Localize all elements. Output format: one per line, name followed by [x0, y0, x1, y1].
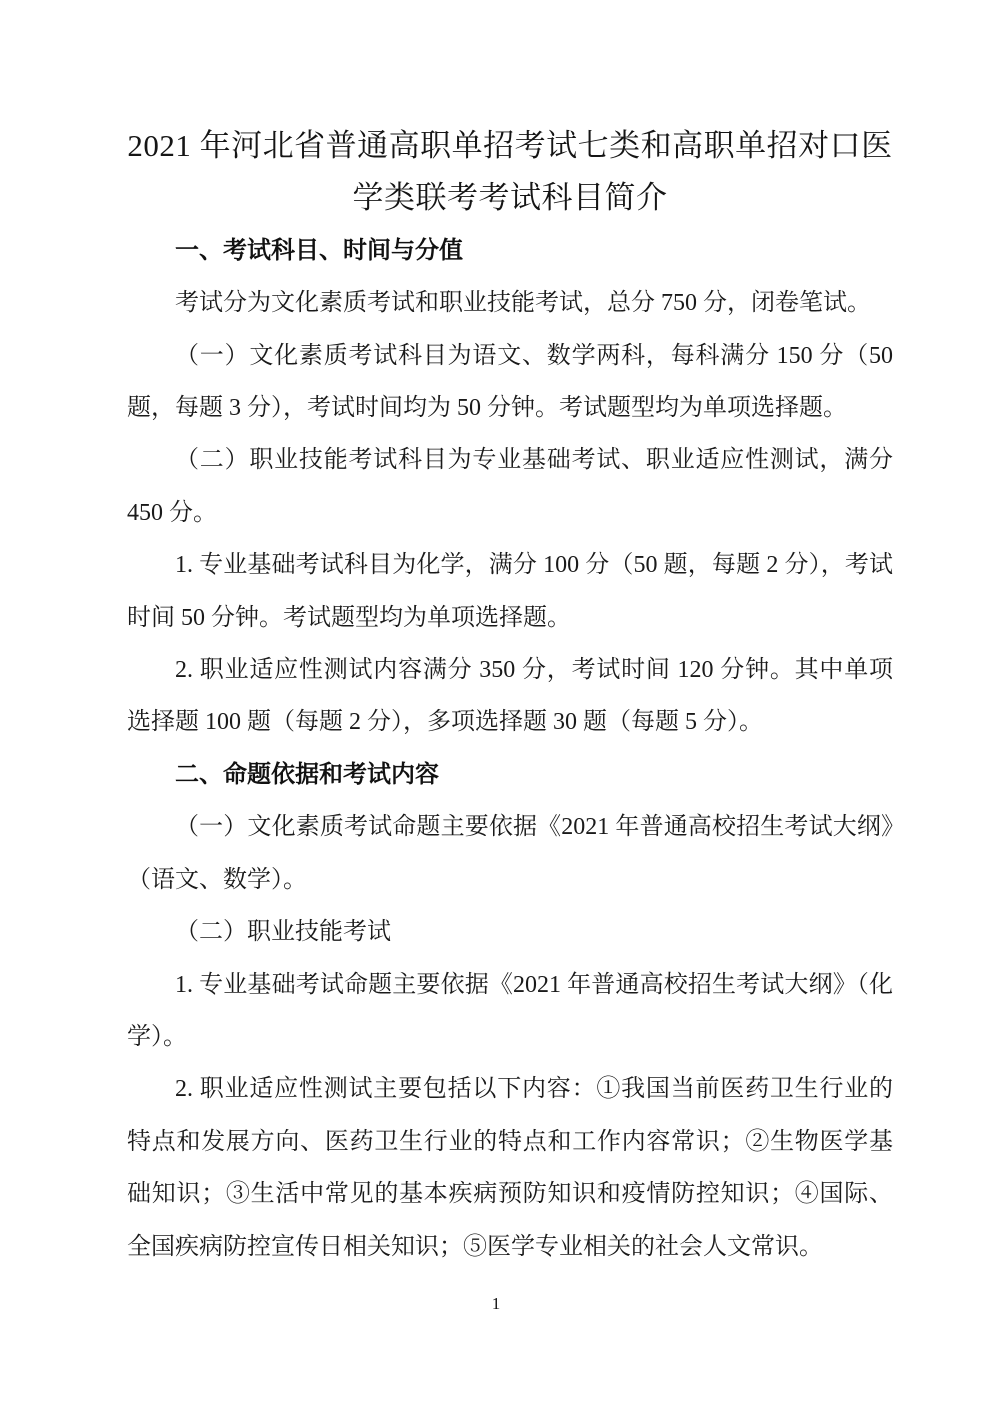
- section-2-heading: 二、命题依据和考试内容: [127, 749, 893, 801]
- section-1-paragraph-5: 2. 职业适应性测试内容满分 350 分，考试时间 120 分钟。其中单项选择题…: [127, 644, 893, 749]
- section-1-paragraph-3: （二）职业技能考试科目为专业基础考试、职业适应性测试，满分 450 分。: [127, 434, 893, 539]
- section-2-paragraph-3: 1. 专业基础考试命题主要依据《2021 年普通高校招生考试大纲》（化学）。: [127, 959, 893, 1064]
- section-2-paragraph-1: （一）文化素质考试命题主要依据《2021 年普通高校招生考试大纲》（语文、数学）…: [127, 801, 893, 906]
- document-title: 2021 年河北省普通高职单招考试七类和高职单招对口医学类联考考试科目简介: [127, 120, 893, 225]
- section-1-paragraph-4: 1. 专业基础考试科目为化学，满分 100 分（50 题，每题 2 分），考试时…: [127, 539, 893, 644]
- section-2-paragraph-4: 2. 职业适应性测试主要包括以下内容：①我国当前医药卫生行业的特点和发展方向、医…: [127, 1063, 893, 1273]
- section-1-paragraph-2: （一）文化素质考试科目为语文、数学两科，每科满分 150 分（50 题，每题 3…: [127, 330, 893, 435]
- page-number: 1: [0, 1293, 992, 1315]
- section-1-heading: 一、考试科目、时间与分值: [127, 225, 893, 277]
- section-2-paragraph-2: （二）职业技能考试: [127, 906, 893, 958]
- document-page: 2021 年河北省普通高职单招考试七类和高职单招对口医学类联考考试科目简介 一、…: [0, 0, 992, 1403]
- section-1-paragraph-1: 考试分为文化素质考试和职业技能考试，总分 750 分，闭卷笔试。: [127, 277, 893, 329]
